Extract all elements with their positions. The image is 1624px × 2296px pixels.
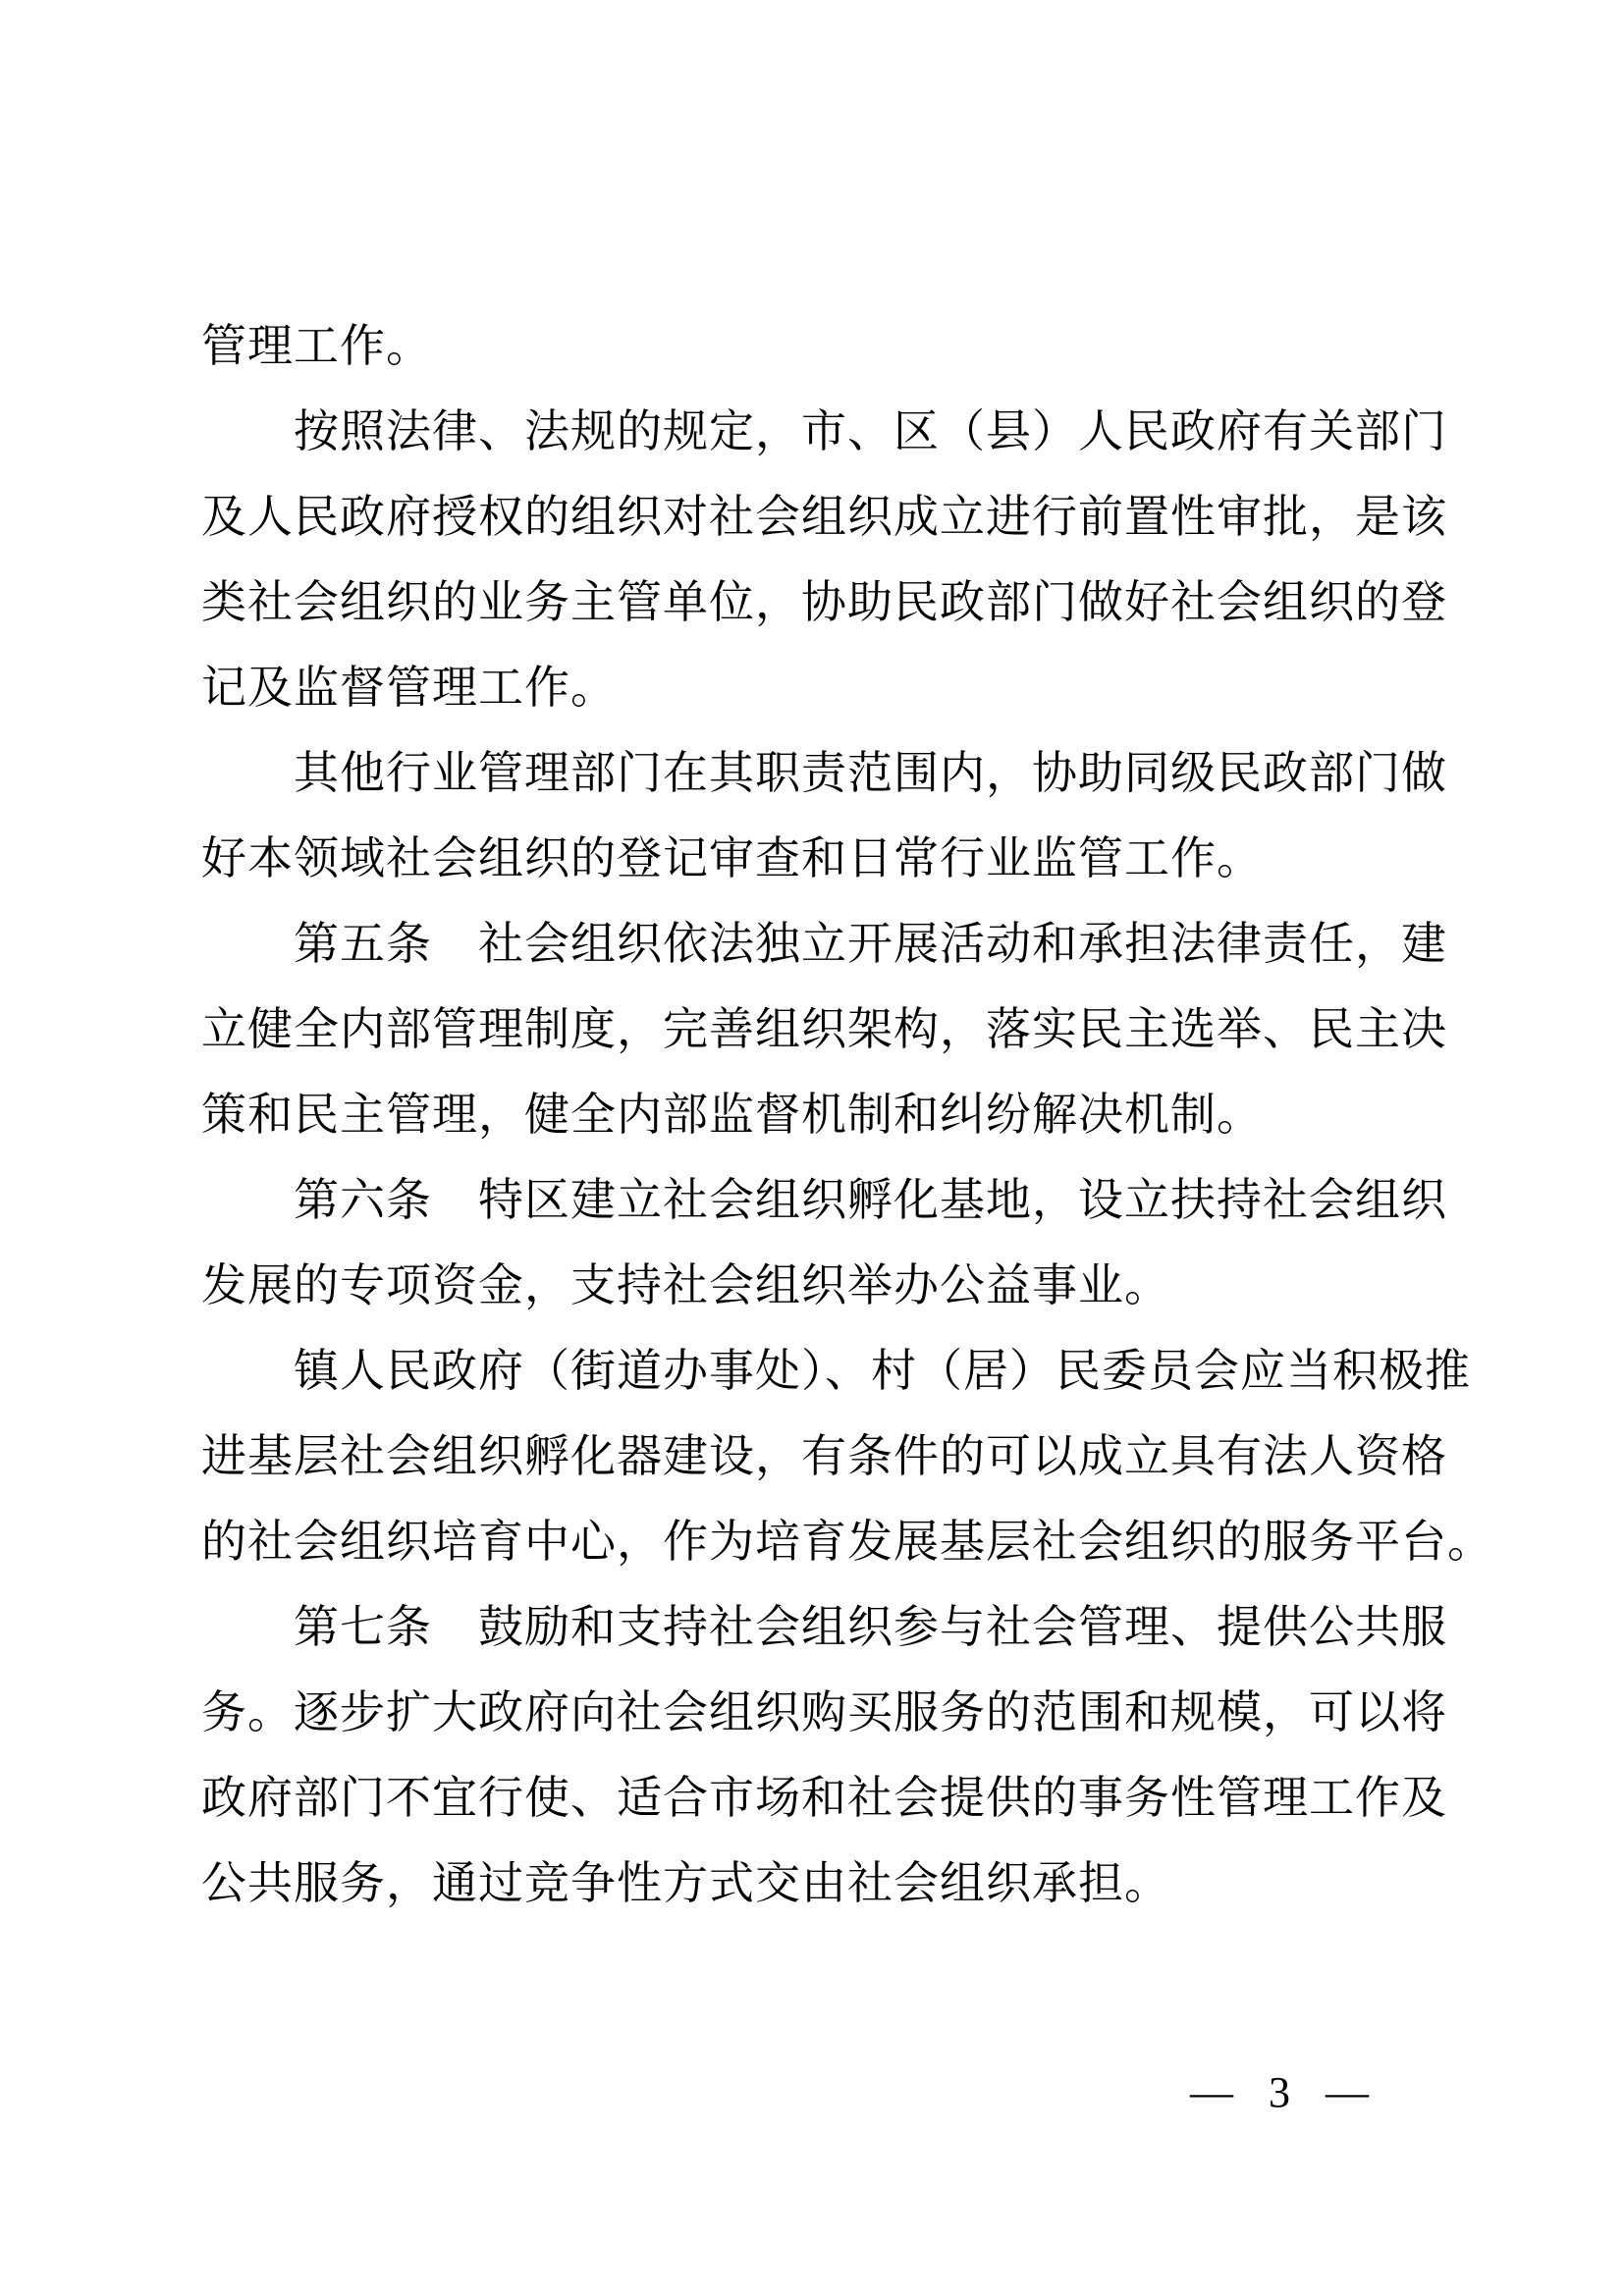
footer-dash-right: — bbox=[1326, 2067, 1369, 2118]
page-number: 3 bbox=[1269, 2067, 1290, 2118]
text-line: 第五条 社会组织依法独立开展活动和承担法律责任，建 bbox=[201, 901, 1424, 987]
text-line: 进基层社会组织孵化器建设，有条件的可以成立具有法人资格 bbox=[201, 1414, 1424, 1499]
text-line: 镇人民政府（街道办事处）、村（居）民委员会应当积极推 bbox=[201, 1328, 1424, 1414]
text-line: 公共服务，通过竞争性方式交由社会组织承担。 bbox=[201, 1841, 1424, 1926]
text-line: 按照法律、法规的规定，市、区（县）人民政府有关部门 bbox=[201, 389, 1424, 474]
text-line: 政府部门不宜行使、适合市场和社会提供的事务性管理工作及 bbox=[201, 1755, 1424, 1841]
text-line: 的社会组织培育中心，作为培育发展基层社会组织的服务平台。 bbox=[201, 1499, 1424, 1584]
text-line: 其他行业管理部门在其职责范围内，协助同级民政部门做 bbox=[201, 730, 1424, 816]
text-line: 务。逐步扩大政府向社会组织购买服务的范围和规模，可以将 bbox=[201, 1670, 1424, 1755]
document-page: 管理工作。 按照法律、法规的规定，市、区（县）人民政府有关部门 及人民政府授权的… bbox=[0, 0, 1624, 2296]
text-line: 管理工作。 bbox=[201, 303, 1424, 389]
document-body: 管理工作。 按照法律、法规的规定，市、区（县）人民政府有关部门 及人民政府授权的… bbox=[201, 303, 1424, 1926]
text-line: 类社会组织的业务主管单位，协助民政部门做好社会组织的登 bbox=[201, 560, 1424, 645]
text-line: 第六条 特区建立社会组织孵化基地，设立扶持社会组织 bbox=[201, 1157, 1424, 1243]
text-line: 第七条 鼓励和支持社会组织参与社会管理、提供公共服 bbox=[201, 1584, 1424, 1670]
text-line: 记及监督管理工作。 bbox=[201, 645, 1424, 730]
page-footer: — 3 — bbox=[1190, 2067, 1369, 2118]
text-line: 及人民政府授权的组织对社会组织成立进行前置性审批，是该 bbox=[201, 474, 1424, 560]
footer-dash-left: — bbox=[1190, 2067, 1233, 2118]
text-line: 发展的专项资金，支持社会组织举办公益事业。 bbox=[201, 1243, 1424, 1328]
text-line: 策和民主管理，健全内部监督机制和纠纷解决机制。 bbox=[201, 1072, 1424, 1157]
text-line: 好本领域社会组织的登记审查和日常行业监管工作。 bbox=[201, 816, 1424, 901]
text-line: 立健全内部管理制度，完善组织架构，落实民主选举、民主决 bbox=[201, 987, 1424, 1072]
